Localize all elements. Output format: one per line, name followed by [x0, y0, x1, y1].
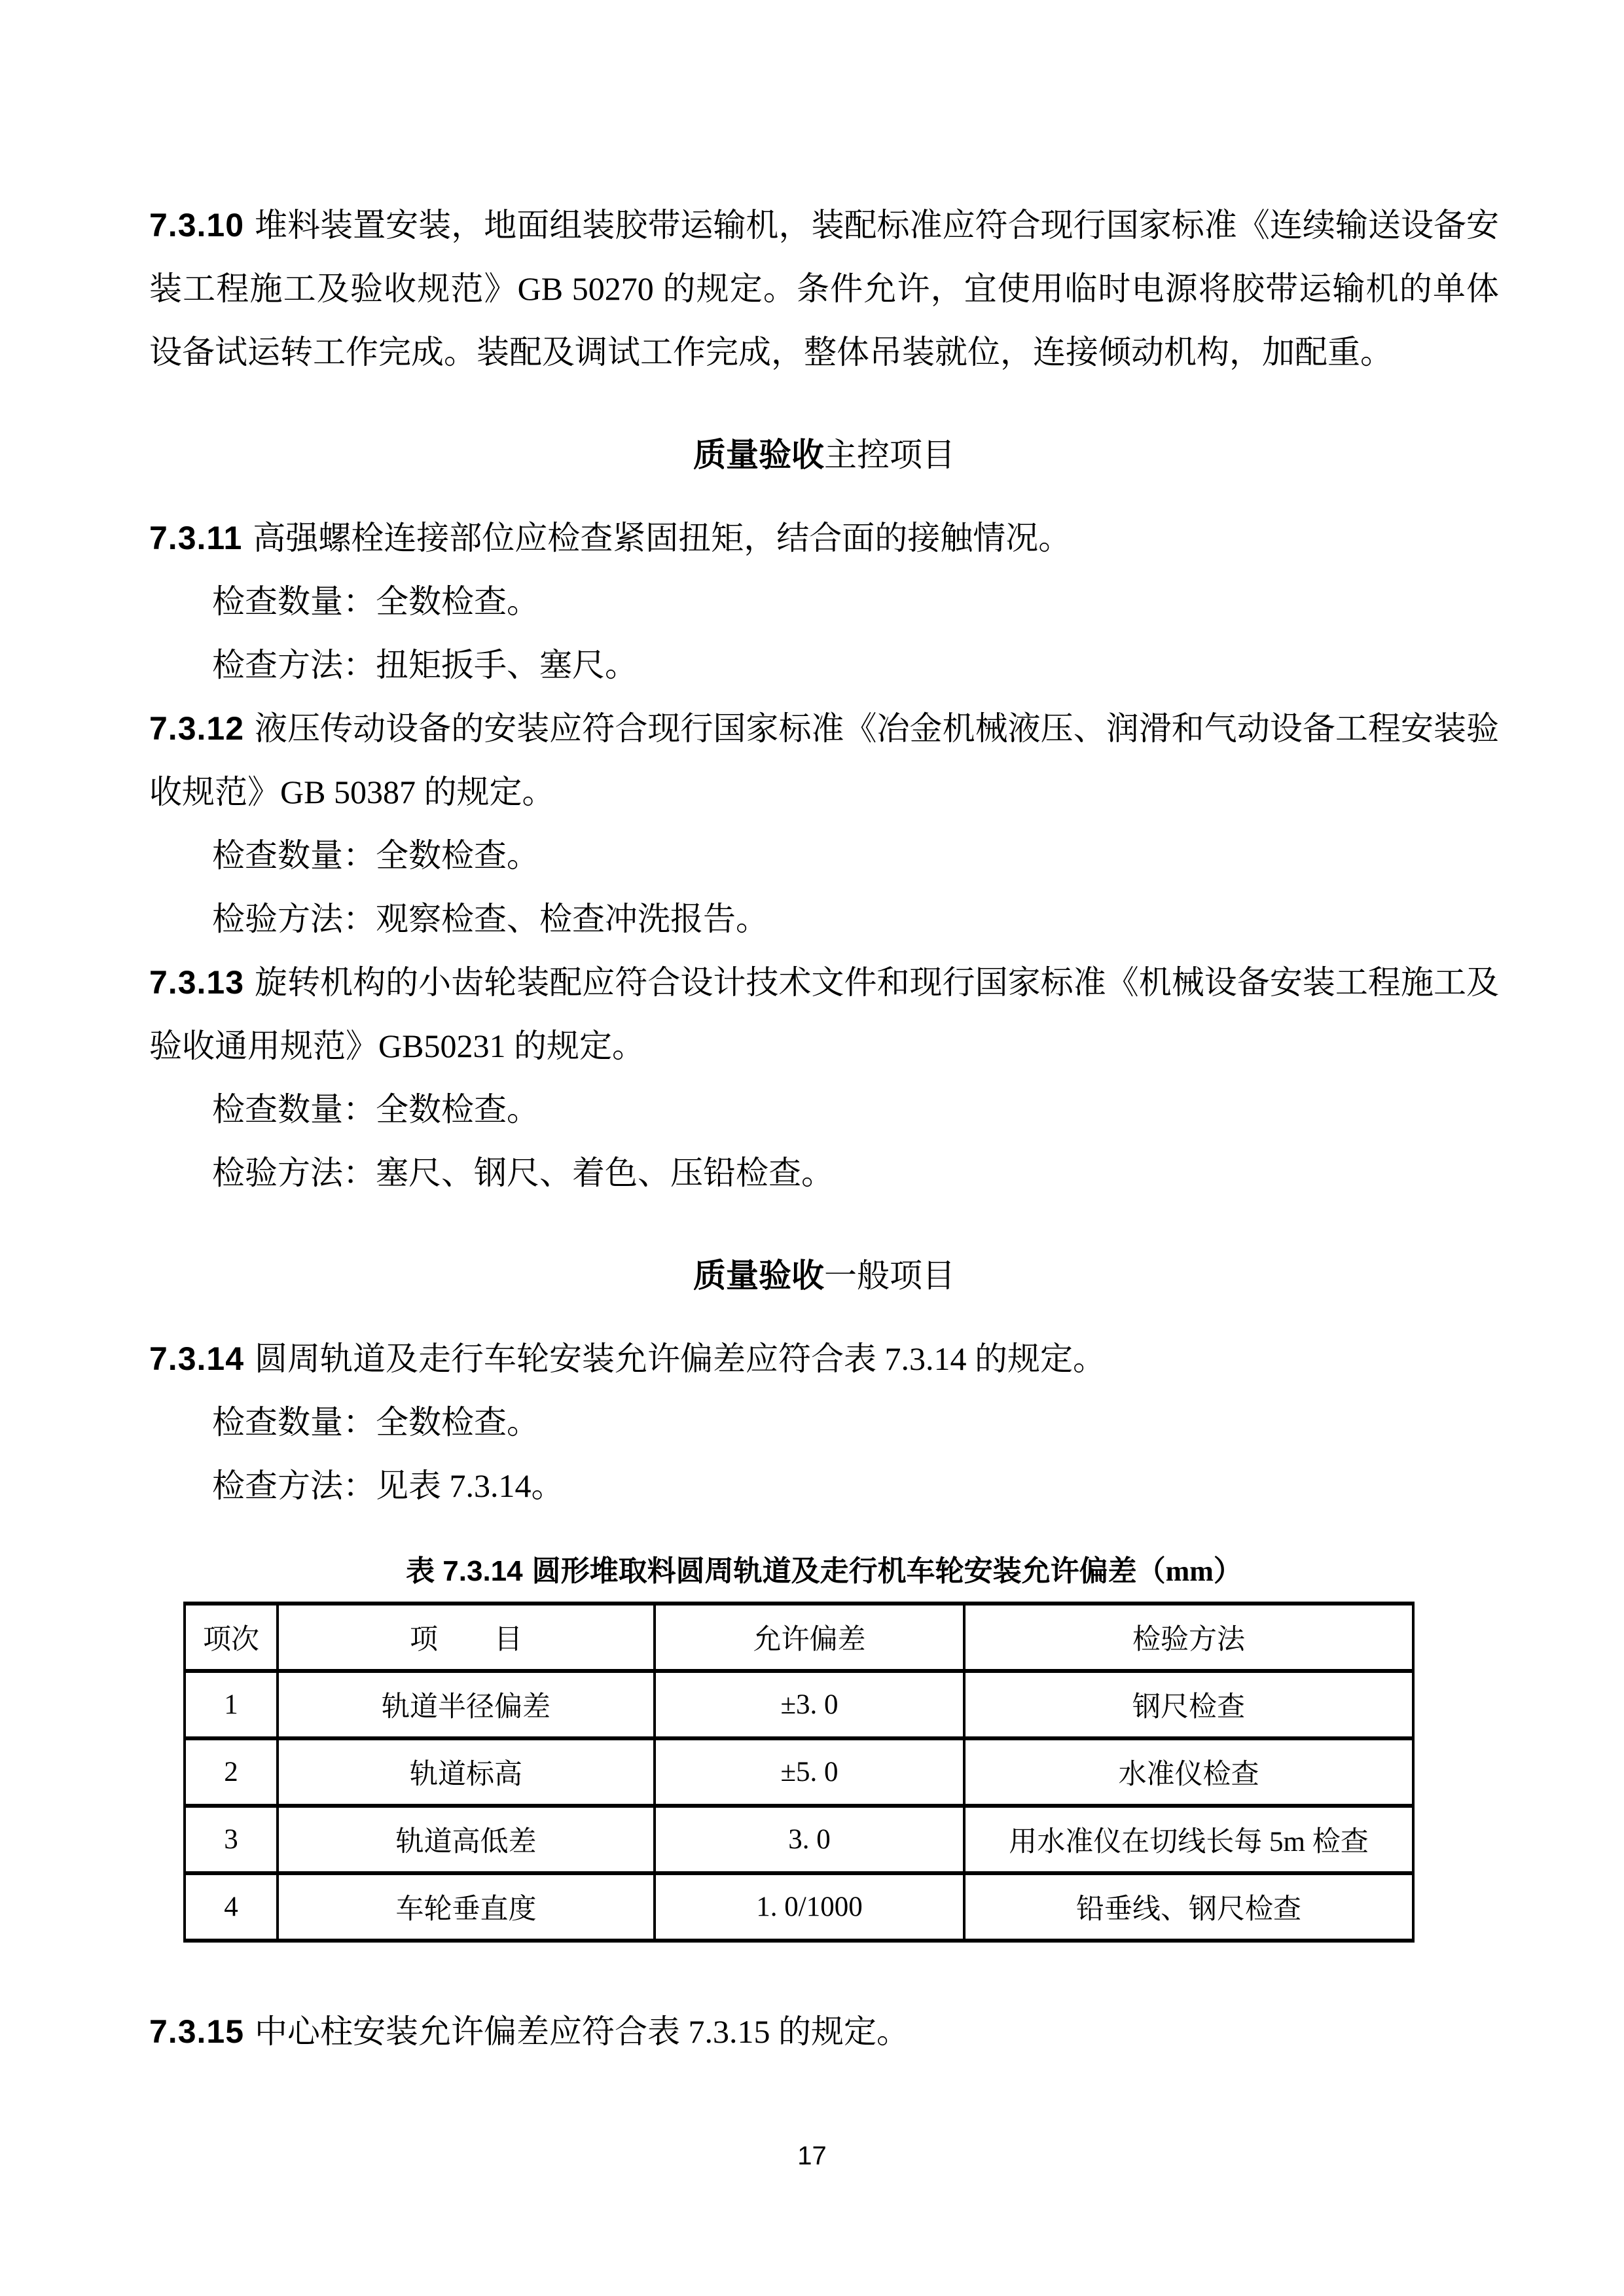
- section-heading-general-items: 质量验收一般项目: [149, 1244, 1499, 1308]
- clause-text: 旋转机构的小齿轮装配应符合设计技术文件和现行国家标准《机械设备安装工程施工及验收…: [149, 964, 1499, 1064]
- heading-rest-label: 主控项目: [824, 437, 955, 473]
- check-quantity-line: 检查数量：全数检查。: [149, 824, 1499, 888]
- table-cell-method: 钢尺检查: [964, 1671, 1413, 1738]
- clause-number: 7.3.11: [149, 520, 242, 556]
- section-heading-main-control: 质量验收主控项目: [149, 423, 1499, 487]
- table-cell-deviation: 3. 0: [655, 1806, 964, 1873]
- clause-7-3-14: 7.3.14圆周轨道及走行车轮安装允许偏差应符合表 7.3.14 的规定。: [149, 1327, 1499, 1391]
- clause-number: 7.3.14: [149, 1340, 244, 1377]
- table-cell-item: 车轮垂直度: [278, 1873, 655, 1941]
- clause-text: 中心柱安装允许偏差应符合表 7.3.15 的规定。: [255, 2013, 909, 2050]
- table-caption: 表 7.3.14圆形堆取料圆周轨道及走行机车轮安装允许偏差（mm）: [149, 1541, 1499, 1602]
- check-method-line: 检查方法：扭矩扳手、塞尺。: [149, 634, 1499, 697]
- table-cell-item-no: 2: [185, 1738, 278, 1806]
- clause-number: 7.3.15: [149, 2013, 244, 2050]
- table-row: 2 轨道标高 ±5. 0 水准仪检查: [185, 1738, 1413, 1806]
- table-header-allowed-deviation: 允许偏差: [655, 1604, 964, 1671]
- clause-text: 圆周轨道及走行车轮安装允许偏差应符合表 7.3.14 的规定。: [255, 1340, 1106, 1377]
- table-cell-item: 轨道高低差: [278, 1806, 655, 1873]
- clause-7-3-15: 7.3.15中心柱安装允许偏差应符合表 7.3.15 的规定。: [149, 2000, 1499, 2064]
- heading-bold-label: 质量验收: [693, 437, 824, 473]
- check-method-line: 检查方法：见表 7.3.14。: [149, 1454, 1499, 1518]
- table-cell-method: 铅垂线、钢尺检查: [964, 1873, 1413, 1941]
- heading-bold-label: 质量验收: [693, 1257, 824, 1294]
- table-caption-text: 圆形堆取料圆周轨道及走行机车轮安装允许偏差（mm）: [532, 1555, 1242, 1587]
- clause-number: 7.3.13: [149, 964, 244, 1001]
- table-header-item-no: 项次: [185, 1604, 278, 1671]
- check-quantity-line: 检查数量：全数检查。: [149, 1078, 1499, 1141]
- table-header-inspection-method: 检验方法: [964, 1604, 1413, 1671]
- check-method-line: 检验方法：观察检查、检查冲洗报告。: [149, 888, 1499, 951]
- table-row: 1 轨道半径偏差 ±3. 0 钢尺检查: [185, 1671, 1413, 1738]
- clause-text: 高强螺栓连接部位应检查紧固扭矩，结合面的接触情况。: [253, 520, 1071, 556]
- page-number: 17: [0, 2142, 1624, 2170]
- table-row: 3 轨道高低差 3. 0 用水准仪在切线长每 5m 检查: [185, 1806, 1413, 1873]
- check-quantity-line: 检查数量：全数检查。: [149, 1391, 1499, 1454]
- table-caption-number: 表 7.3.14: [406, 1555, 523, 1587]
- table-cell-item-no: 4: [185, 1873, 278, 1941]
- table-header-item: 项 目: [278, 1604, 655, 1671]
- clause-7-3-10: 7.3.10堆料装置安装，地面组装胶带运输机，装配标准应符合现行国家标准《连续输…: [149, 194, 1499, 384]
- table-cell-item-no: 1: [185, 1671, 278, 1738]
- check-quantity-line: 检查数量：全数检查。: [149, 570, 1499, 634]
- document-page: 7.3.10堆料装置安装，地面组装胶带运输机，装配标准应符合现行国家标准《连续输…: [0, 0, 1624, 2296]
- clause-number: 7.3.10: [149, 207, 244, 243]
- heading-rest-label: 一般项目: [824, 1257, 955, 1294]
- page-content: 7.3.10堆料装置安装，地面组装胶带运输机，装配标准应符合现行国家标准《连续输…: [149, 194, 1499, 2064]
- table-cell-item: 轨道半径偏差: [278, 1671, 655, 1738]
- table-cell-deviation: 1. 0/1000: [655, 1873, 964, 1941]
- clause-7-3-13: 7.3.13旋转机构的小齿轮装配应符合设计技术文件和现行国家标准《机械设备安装工…: [149, 951, 1499, 1078]
- clause-text: 堆料装置安装，地面组装胶带运输机，装配标准应符合现行国家标准《连续输送设备安装工…: [149, 207, 1499, 370]
- table-cell-item-no: 3: [185, 1806, 278, 1873]
- table-cell-method: 用水准仪在切线长每 5m 检查: [964, 1806, 1413, 1873]
- table-header-row: 项次 项 目 允许偏差 检验方法: [185, 1604, 1413, 1671]
- table-row: 4 车轮垂直度 1. 0/1000 铅垂线、钢尺检查: [185, 1873, 1413, 1941]
- deviation-table: 项次 项 目 允许偏差 检验方法 1 轨道半径偏差 ±3. 0 钢尺检查 2 轨…: [183, 1602, 1415, 1943]
- table-cell-deviation: ±5. 0: [655, 1738, 964, 1806]
- clause-7-3-12: 7.3.12液压传动设备的安装应符合现行国家标准《冶金机械液压、润滑和气动设备工…: [149, 697, 1499, 824]
- table-cell-method: 水准仪检查: [964, 1738, 1413, 1806]
- check-method-line: 检验方法：塞尺、钢尺、着色、压铅检查。: [149, 1141, 1499, 1205]
- clause-7-3-11: 7.3.11高强螺栓连接部位应检查紧固扭矩，结合面的接触情况。: [149, 507, 1499, 570]
- table-cell-item: 轨道标高: [278, 1738, 655, 1806]
- table-cell-deviation: ±3. 0: [655, 1671, 964, 1738]
- clause-text: 液压传动设备的安装应符合现行国家标准《冶金机械液压、润滑和气动设备工程安装验收规…: [149, 710, 1499, 810]
- clause-number: 7.3.12: [149, 710, 244, 747]
